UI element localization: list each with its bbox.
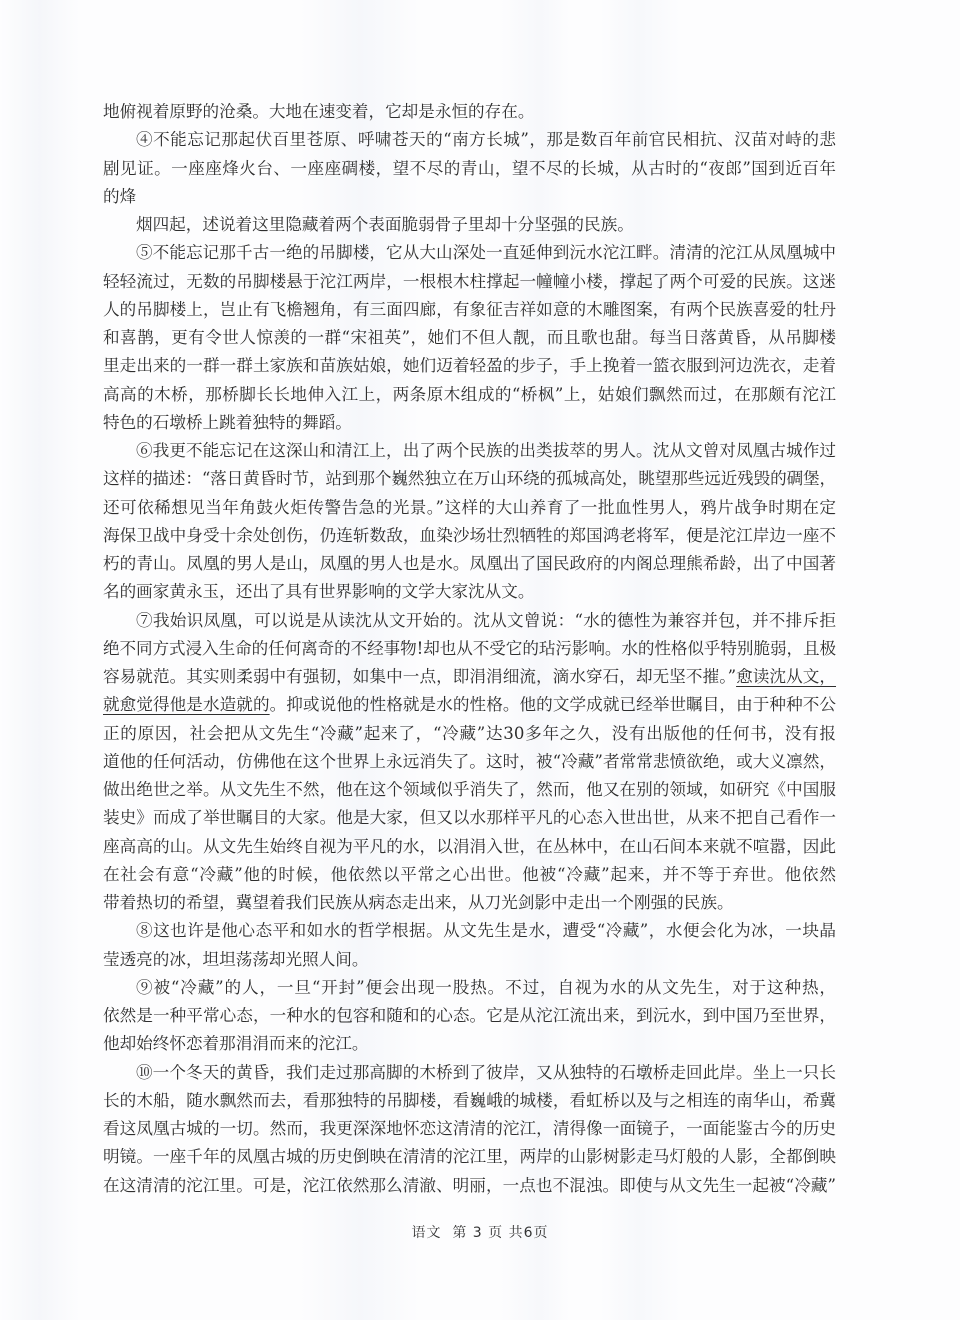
text-line: 做出绝世之举。从文先生不然，他在这个领域似乎消失了，然而，他又在别的领域，如研究… — [103, 776, 836, 804]
line-text: 在这清清的沱江里。可是，沱江依然那么清澈、明丽，一点也不混浊。即使与从文先生一起… — [103, 1176, 836, 1195]
line-text: 绝不同方式浸入生命的任何离奇的不经事物!却也从不受它的玷污影响。水的性格似乎特别… — [103, 639, 836, 658]
line-text: 特色的石墩桥上跳着独特的舞蹈。 — [103, 413, 352, 432]
line-text: 还可依稀想见当年角鼓火炬传警告急的光景。”这样的大山养育了一批血性男人，鸦片战争… — [103, 498, 836, 517]
text-line: 轻轻流过，无数的吊脚楼悬于沱江两岸，一根根木柱撑起一幢幢小楼，撑起了两个可爱的民… — [103, 268, 836, 296]
text-line: 依然是一种平常心态，一种水的包容和随和的心态。它是从沱江流出来，到沅水，到中国乃… — [103, 1002, 836, 1030]
line-text: ④不能忘记那起伏百里苍原、呼啸苍天的“南方长城”，那是数百年前官民相抗、汉苗对峙… — [136, 130, 836, 149]
text-line: 容易就范。其实则柔弱中有强韧，如集中一点，即涓涓细流，滴水穿石，却无坚不摧。”愈… — [103, 663, 836, 691]
text-line: 还可依稀想见当年角鼓火炬传警告急的光景。”这样的大山养育了一批血性男人，鸦片战争… — [103, 494, 836, 522]
text-line: 人的吊脚楼上，岂止有飞檐翘角，有三面四廊，有象征吉祥如意的木雕图案，有两个民族喜… — [103, 296, 836, 324]
line-text: 依然是一种平常心态，一种水的包容和随和的心态。它是从沱江流出来，到沅水，到中国乃… — [103, 1006, 836, 1025]
text-line: 正的原因，社会把从文先生“冷藏”起来了，“冷藏”达30多年之久，没有出版他的任何… — [103, 720, 836, 748]
line-text: 高高的木桥，那桥脚长长地伸入江上，两条原木组成的“桥枫”上，姑娘们飘然而过，在那… — [103, 385, 836, 404]
text-line: 带着热切的希望，冀望着我们民族从病态走出来，从刀光剑影中走出一个刚强的民族。 — [103, 889, 836, 917]
underlined-phrase: 就愈觉得他是水造就的 — [103, 695, 270, 714]
text-line: ④不能忘记那起伏百里苍原、呼啸苍天的“南方长城”，那是数百年前官民相抗、汉苗对峙… — [103, 126, 836, 154]
text-line: 和喜鹊，更有令世人惊羡的一群“宋祖英”，她们不但人靓，而且歌也甜。每当日落黄昏，… — [103, 324, 836, 352]
line-text: 他却始终怀恋着那涓涓而来的沱江。 — [103, 1034, 369, 1053]
text-line: ⑧这也许是他心态平和如水的哲学根据。从文先生是水，遭受“冷藏”，水便会化为冰，一… — [103, 917, 836, 945]
article-body: 地俯视着原野的沧桑。大地在速变着，它却是永恒的存在。④不能忘记那起伏百里苍原、呼… — [103, 98, 836, 1200]
line-text: 道他的任何活动，仿佛他在这个世界上永远消失了。这时，被“冷藏”者常常悲愤欲绝，或… — [103, 752, 836, 771]
text-line: 里走出来的一群一群土家族和苗族姑娘，她们迈着轻盈的步子，手上挽着一篮衣服到河边洗… — [103, 352, 836, 380]
line-text: 烟四起，述说着这里隐藏着两个表面脆弱骨子里却十分坚强的民族。 — [136, 215, 634, 234]
line-text: ⑦我始识凤凰，可以说是从读沈从文开始的。沈从文曾说：“水的德性为兼容并包，并不排… — [136, 611, 836, 630]
text-line: 装史》而成了举世瞩目的大家。他是大家，但又以水那样平凡的心态入世出世，从来不把自… — [103, 804, 836, 832]
line-text: 人的吊脚楼上，岂止有飞檐翘角，有三面四廊，有象征吉祥如意的木雕图案，有两个民族喜… — [103, 300, 836, 319]
line-text: 装史》而成了举世瞩目的大家。他是大家，但又以水那样平凡的心态入世出世，从来不把自… — [103, 808, 836, 827]
text-line: 海保卫战中身受十余处创伤，仍连斩数敌，血染沙场壮烈牺牲的郑国鸿老将军，便是沱江岸… — [103, 522, 836, 550]
text-line: 他却始终怀恋着那涓涓而来的沱江。 — [103, 1030, 836, 1058]
line-text: 看这凤凰古城的一切。然而，我更深深地怀恋这清清的沱江，清得像一面镜子，一面能鉴古… — [103, 1119, 836, 1138]
text-line: 绝不同方式浸入生命的任何离奇的不经事物!却也从不受它的玷污影响。水的性格似乎特别… — [103, 635, 836, 663]
text-line: 的烽 — [103, 183, 836, 211]
text-line: 看这凤凰古城的一切。然而，我更深深地怀恋这清清的沱江，清得像一面镜子，一面能鉴古… — [103, 1115, 836, 1143]
text-line: 道他的任何活动，仿佛他在这个世界上永远消失了。这时，被“冷藏”者常常悲愤欲绝，或… — [103, 748, 836, 776]
line-text: 朽的青山。凤凰的男人是山，凤凰的男人也是水。凤凰出了国民政府的内阁总理熊希龄，出… — [103, 554, 836, 573]
line-text: 正的原因，社会把从文先生“冷藏”起来了，“冷藏”达30多年之久，没有出版他的任何… — [103, 724, 836, 743]
line-text: 轻轻流过，无数的吊脚楼悬于沱江两岸，一根根木柱撑起一幢幢小楼，撑起了两个可爱的民… — [103, 272, 836, 291]
text-line: 在这清清的沱江里。可是，沱江依然那么清澈、明丽，一点也不混浊。即使与从文先生一起… — [103, 1172, 836, 1200]
line-text: ⑤不能忘记那千古一绝的吊脚楼，它从大山深处一直延伸到沅水沱江畔。清清的沱江从凤凰… — [136, 243, 836, 262]
text-line: 朽的青山。凤凰的男人是山，凤凰的男人也是水。凤凰出了国民政府的内阁总理熊希龄，出… — [103, 550, 836, 578]
line-text: ⑨被“冷藏”的人，一旦“开封”便会出现一股热。不过，自视为水的从文先生，对于这种… — [136, 978, 836, 997]
line-text: 海保卫战中身受十余处创伤，仍连斩数敌，血染沙场壮烈牺牲的郑国鸿老将军，便是沱江岸… — [103, 526, 836, 545]
text-line: 就愈觉得他是水造就的。抑或说他的性格就是水的性格。他的文学成就已经举世瞩目，由于… — [103, 691, 836, 719]
footer-text: 语文 第 3 页 共6页 — [411, 1225, 548, 1241]
line-text: 长的木船，随水飘然而去，看那独特的吊脚楼，看巍峨的城楼，看虹桥以及与之相连的南华… — [103, 1091, 836, 1110]
text-line: 座高高的山。从文先生始终自视为平凡的水，以涓涓入世，在丛林中，在山石间本来就不喧… — [103, 833, 836, 861]
text-line: ⑦我始识凤凰，可以说是从读沈从文开始的。沈从文曾说：“水的德性为兼容并包，并不排… — [103, 607, 836, 635]
text-line: 这样的描述：“落日黄昏时节，站到那个巍然独立在万山环绕的孤城高处，眺望那些远近残… — [103, 465, 836, 493]
text-line: 高高的木桥，那桥脚长长地伸入江上，两条原木组成的“桥枫”上，姑娘们飘然而过，在那… — [103, 381, 836, 409]
line-text: 在社会有意“冷藏”他的时候，他依然以平常之心出世。他被“冷藏”起来，并不等于弃世… — [103, 865, 836, 884]
line-text: 。抑或说他的性格就是水的性格。他的文学成就已经举世瞩目，由于种种不公 — [270, 695, 836, 714]
line-text: 里走出来的一群一群土家族和苗族姑娘，她们迈着轻盈的步子，手上挽着一篮衣服到河边洗… — [103, 356, 836, 375]
line-text: 的烽 — [103, 187, 136, 206]
line-text: 和喜鹊，更有令世人惊羡的一群“宋祖英”，她们不但人靓，而且歌也甜。每当日落黄昏，… — [103, 328, 836, 347]
text-line: 烟四起，述说着这里隐藏着两个表面脆弱骨子里却十分坚强的民族。 — [103, 211, 836, 239]
page-footer: 语文 第 3 页 共6页 — [0, 1222, 960, 1242]
text-line: 剧见证。一座座烽火台、一座座碉楼，望不尽的青山，望不尽的长城，从古时的“夜郎”国… — [103, 155, 836, 183]
text-line: 名的画家黄永玉，还出了具有世界影响的文学大家沈从文。 — [103, 578, 836, 606]
line-text: 座高高的山。从文先生始终自视为平凡的水，以涓涓入世，在丛林中，在山石间本来就不喧… — [103, 837, 836, 856]
text-line: 莹透亮的冰，坦坦荡荡却光照人间。 — [103, 946, 836, 974]
text-line: ⑨被“冷藏”的人，一旦“开封”便会出现一股热。不过，自视为水的从文先生，对于这种… — [103, 974, 836, 1002]
text-line: 地俯视着原野的沧桑。大地在速变着，它却是永恒的存在。 — [103, 98, 836, 126]
text-line: ⑤不能忘记那千古一绝的吊脚楼，它从大山深处一直延伸到沅水沱江畔。清清的沱江从凤凰… — [103, 239, 836, 267]
line-text: 明镜。一座千年的凤凰古城的历史倒映在清清的沱江里，两岸的山影树影走马灯般的人影，… — [103, 1147, 836, 1166]
line-text: 莹透亮的冰，坦坦荡荡却光照人间。 — [103, 950, 369, 969]
underlined-phrase: 愈读沈从文， — [736, 667, 836, 686]
line-text: 容易就范。其实则柔弱中有强韧，如集中一点，即涓涓细流，滴水穿石，却无坚不摧。” — [103, 667, 736, 686]
line-text: ⑥我更不能忘记在这深山和清江上，出了两个民族的出类拔萃的男人。沈从文曾对凤凰古城… — [136, 441, 836, 460]
line-text: ⑧这也许是他心态平和如水的哲学根据。从文先生是水，遭受“冷藏”，水便会化为冰，一… — [136, 921, 836, 940]
text-line: 明镜。一座千年的凤凰古城的历史倒映在清清的沱江里，两岸的山影树影走马灯般的人影，… — [103, 1143, 836, 1171]
line-text: 地俯视着原野的沧桑。大地在速变着，它却是永恒的存在。 — [103, 102, 534, 121]
line-text: 做出绝世之举。从文先生不然，他在这个领域似乎消失了，然而，他又在别的领域，如研究… — [103, 780, 836, 799]
line-text: 名的画家黄永玉，还出了具有世界影响的文学大家沈从文。 — [103, 582, 534, 601]
line-text: 这样的描述：“落日黄昏时节，站到那个巍然独立在万山环绕的孤城高处，眺望那些远近残… — [103, 469, 836, 488]
line-text: 带着热切的希望，冀望着我们民族从病态走出来，从刀光剑影中走出一个刚强的民族。 — [103, 893, 734, 912]
text-line: ⑩一个冬天的黄昏，我们走过那高脚的木桥到了彼岸，又从独特的石墩桥走回此岸。坐上一… — [103, 1059, 836, 1087]
text-line: 特色的石墩桥上跳着独特的舞蹈。 — [103, 409, 836, 437]
line-text: 剧见证。一座座烽火台、一座座碉楼，望不尽的青山，望不尽的长城，从古时的“夜郎”国… — [103, 159, 836, 178]
line-text: ⑩一个冬天的黄昏，我们走过那高脚的木桥到了彼岸，又从独特的石墩桥走回此岸。坐上一… — [136, 1063, 836, 1082]
text-line: ⑥我更不能忘记在这深山和清江上，出了两个民族的出类拔萃的男人。沈从文曾对凤凰古城… — [103, 437, 836, 465]
text-line: 长的木船，随水飘然而去，看那独特的吊脚楼，看巍峨的城楼，看虹桥以及与之相连的南华… — [103, 1087, 836, 1115]
text-line: 在社会有意“冷藏”他的时候，他依然以平常之心出世。他被“冷藏”起来，并不等于弃世… — [103, 861, 836, 889]
